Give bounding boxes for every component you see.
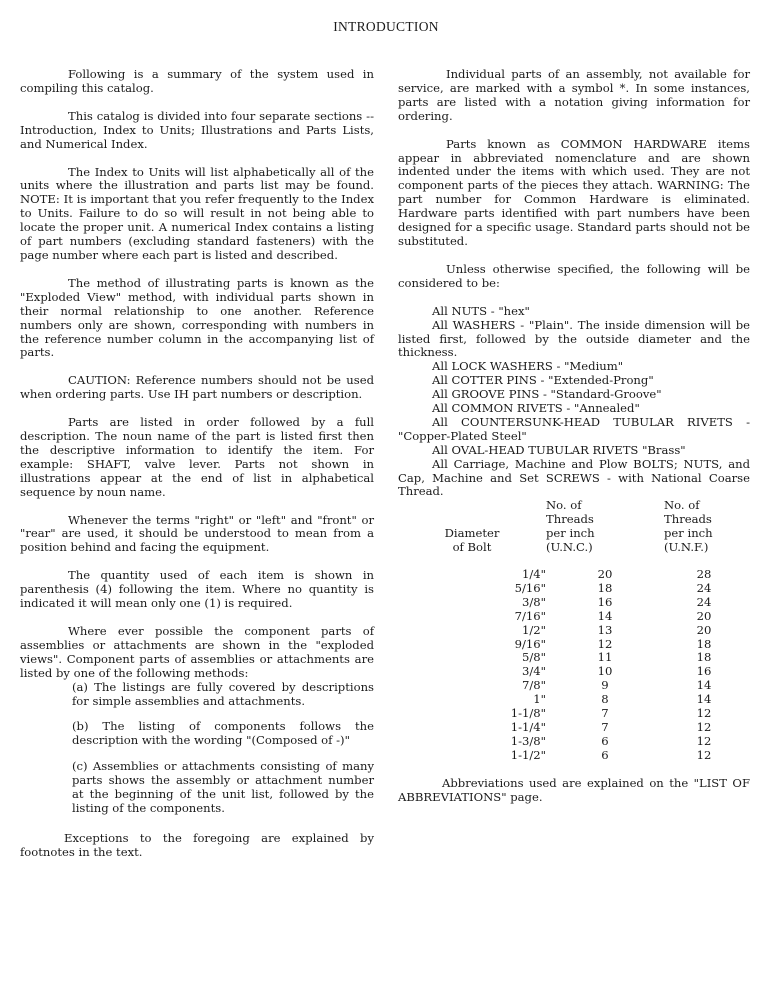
spec-bolts-screws: All Carriage, Machine and Plow BOLTS; NU… (398, 458, 750, 500)
paragraph-summary: Following is a summary of the system use… (20, 68, 374, 96)
cell-unf: 24 (664, 596, 744, 610)
diameter-value: 1-1/8" (476, 707, 546, 721)
header-unf-line: (U.N.F.) (664, 541, 713, 555)
thread-table-body: 1/4"20285/16"18243/8"16247/16"14201/2"13… (398, 568, 744, 763)
diameter-value: 1/2" (476, 624, 546, 638)
spec-countersunk-rivets: All COUNTERSUNK-HEAD TUBULAR RIVETS - "C… (398, 416, 750, 444)
table-row: 3/8"1624 (398, 596, 744, 610)
table-row: 9/16"1218 (398, 638, 744, 652)
cell-diameter: 1/2" (398, 624, 546, 638)
cell-unc: 10 (546, 665, 664, 679)
table-row: 7/16"1420 (398, 610, 744, 624)
paragraph-component-parts: Where ever possible the component parts … (20, 625, 374, 681)
cell-unf: 12 (664, 749, 744, 763)
cell-unc: 18 (546, 582, 664, 596)
thread-table: Diameter of Bolt No. of Threads per inch… (398, 499, 744, 762)
cell-unf: 12 (664, 707, 744, 721)
header-unc-line: (U.N.C.) (546, 541, 595, 555)
cell-unc: 11 (546, 651, 664, 665)
cell-unf: 18 (664, 651, 744, 665)
table-row: 1"814 (398, 693, 744, 707)
cell-unc: 9 (546, 679, 664, 693)
table-row: 1-1/4"712 (398, 721, 744, 735)
cell-unc: 7 (546, 721, 664, 735)
cell-diameter: 1-1/4" (398, 721, 546, 735)
header-unc-line: No. of (546, 499, 595, 513)
table-row: 1/2"1320 (398, 624, 744, 638)
header-diameter: Diameter of Bolt (398, 499, 546, 568)
cell-diameter: 7/16" (398, 610, 546, 624)
diameter-value: 5/16" (476, 582, 546, 596)
paragraph-not-available: Individual parts of an assembly, not ava… (398, 68, 750, 124)
cell-diameter: 7/8" (398, 679, 546, 693)
paragraph-sections: This catalog is divided into four separa… (20, 110, 374, 152)
table-row: 5/16"1824 (398, 582, 744, 596)
cell-unc: 6 (546, 749, 664, 763)
diameter-value: 1-3/8" (476, 735, 546, 749)
diameter-value: 1" (476, 693, 546, 707)
spec-common-rivets: All COMMON RIVETS - "Annealed" (398, 402, 750, 416)
diameter-value: 5/8" (476, 651, 546, 665)
table-row: 1-3/8"612 (398, 735, 744, 749)
paragraph-directions: Whenever the terms "right" or "left" and… (20, 514, 374, 556)
cell-unf: 12 (664, 721, 744, 735)
cell-diameter: 5/16" (398, 582, 546, 596)
header-unc-line: per inch (546, 527, 595, 541)
diameter-value: 3/4" (476, 665, 546, 679)
cell-diameter: 1-3/8" (398, 735, 546, 749)
header-unf: No. of Threads per inch (U.N.F.) (664, 499, 744, 568)
paragraph-exploded-view: The method of illustrating parts is know… (20, 277, 374, 360)
header-unc: No. of Threads per inch (U.N.C.) (546, 499, 664, 568)
table-row: 1/4"2028 (398, 568, 744, 582)
method-b: (b) The listing of components follows th… (72, 720, 374, 748)
header-unf-line: No. of (664, 499, 713, 513)
paragraph-caution: CAUTION: Reference numbers should not be… (20, 374, 374, 402)
cell-unf: 16 (664, 665, 744, 679)
method-a: (a) The listings are fully covered by de… (72, 681, 374, 709)
paragraph-common-hardware: Parts known as COMMON HARDWARE items app… (398, 138, 750, 249)
cell-unc: 13 (546, 624, 664, 638)
table-row: 1-1/2"612 (398, 749, 744, 763)
thread-table-header: Diameter of Bolt No. of Threads per inch… (398, 499, 744, 568)
diameter-value: 1-1/4" (476, 721, 546, 735)
spec-washers: All WASHERS - "Plain". The inside dimens… (398, 319, 750, 361)
cell-diameter: 3/8" (398, 596, 546, 610)
paragraph-abbreviations: Abbreviations used are explained on the … (398, 777, 750, 805)
header-unf-line: Threads (664, 513, 713, 527)
cell-diameter: 1-1/2" (398, 749, 546, 763)
header-diameter-line: Diameter (445, 527, 500, 541)
paragraph-parts-order: Parts are listed in order followed by a … (20, 416, 374, 499)
table-row: 1-1/8"712 (398, 707, 744, 721)
cell-diameter: 3/4" (398, 665, 546, 679)
cell-unf: 14 (664, 679, 744, 693)
cell-unc: 8 (546, 693, 664, 707)
diameter-value: 1/4" (476, 568, 546, 582)
cell-diameter: 1-1/8" (398, 707, 546, 721)
cell-unc: 12 (546, 638, 664, 652)
cell-unf: 14 (664, 693, 744, 707)
paragraph-unless-specified: Unless otherwise specified, the followin… (398, 263, 750, 291)
left-column: Following is a summary of the system use… (20, 68, 374, 874)
cell-unc: 14 (546, 610, 664, 624)
cell-unf: 18 (664, 638, 744, 652)
page-title: INTRODUCTION (0, 19, 772, 35)
diameter-value: 9/16" (476, 638, 546, 652)
cell-diameter: 1/4" (398, 568, 546, 582)
cell-unc: 7 (546, 707, 664, 721)
paragraph-quantity: The quantity used of each item is shown … (20, 569, 374, 611)
spec-cotter-pins: All COTTER PINS - "Extended-Prong" (398, 374, 750, 388)
cell-unf: 20 (664, 610, 744, 624)
paragraph-exceptions: Exceptions to the foregoing are explaine… (20, 832, 374, 860)
table-row: 5/8"1118 (398, 651, 744, 665)
paragraph-index-to-units: The Index to Units will list alphabetica… (20, 166, 374, 263)
cell-diameter: 5/8" (398, 651, 546, 665)
cell-unf: 20 (664, 624, 744, 638)
header-unc-line: Threads (546, 513, 595, 527)
spec-lock-washers: All LOCK WASHERS - "Medium" (398, 360, 750, 374)
header-unf-line: per inch (664, 527, 713, 541)
cell-diameter: 1" (398, 693, 546, 707)
table-row: 3/4"1016 (398, 665, 744, 679)
cell-unc: 20 (546, 568, 664, 582)
cell-unf: 12 (664, 735, 744, 749)
spec-oval-head-rivets: All OVAL-HEAD TUBULAR RIVETS "Brass" (398, 444, 750, 458)
diameter-value: 3/8" (476, 596, 546, 610)
right-column: Individual parts of an assembly, not ava… (398, 68, 750, 819)
spec-nuts: All NUTS - "hex" (398, 305, 750, 319)
cell-unc: 6 (546, 735, 664, 749)
cell-unc: 16 (546, 596, 664, 610)
diameter-value: 7/16" (476, 610, 546, 624)
specification-list: All NUTS - "hex" All WASHERS - "Plain". … (398, 305, 750, 500)
diameter-value: 7/8" (476, 679, 546, 693)
diameter-value: 1-1/2" (476, 749, 546, 763)
cell-unf: 24 (664, 582, 744, 596)
table-row: 7/8"914 (398, 679, 744, 693)
cell-diameter: 9/16" (398, 638, 546, 652)
spec-groove-pins: All GROOVE PINS - "Standard-Groove" (398, 388, 750, 402)
header-diameter-line: of Bolt (445, 541, 500, 555)
cell-unf: 28 (664, 568, 744, 582)
method-c: (c) Assemblies or attachments consisting… (72, 760, 374, 816)
